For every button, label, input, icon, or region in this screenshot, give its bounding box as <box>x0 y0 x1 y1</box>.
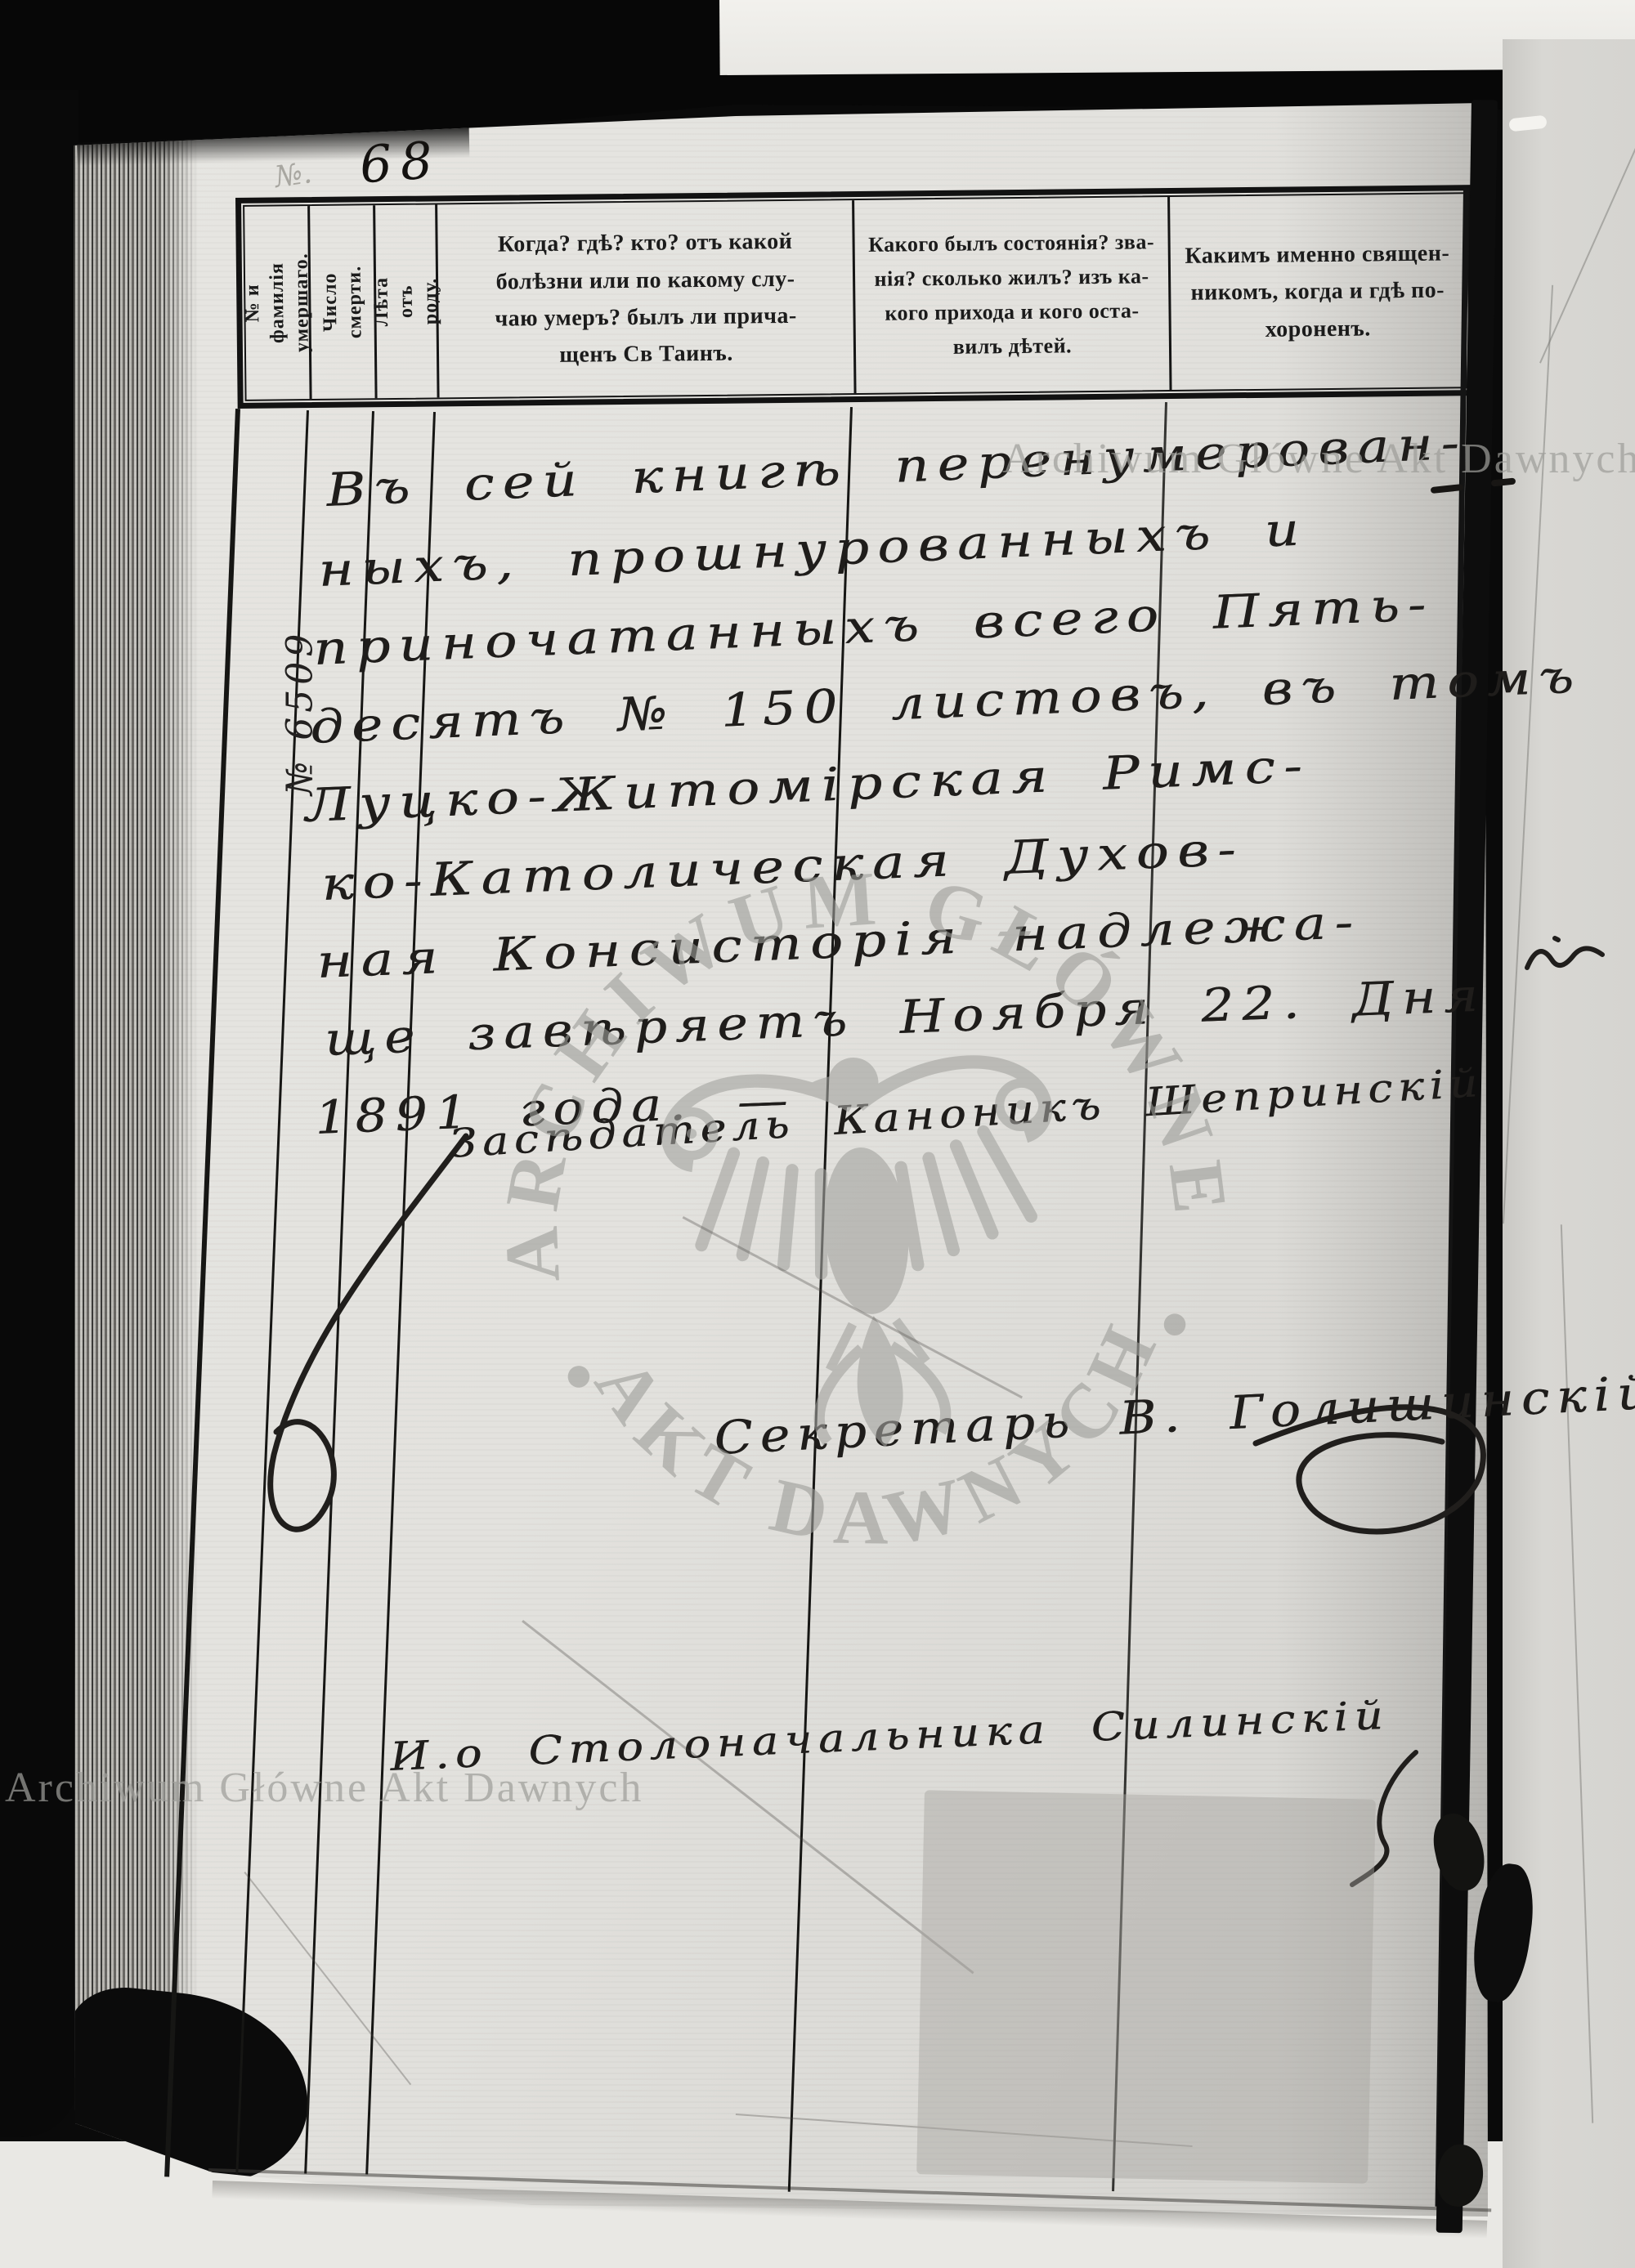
header-table: № и фамилія умершаго. Число смерти. Лѣта… <box>235 185 1475 409</box>
archive-seal-watermark: ARCHIWUM GŁÓWNE AKT DAWNYCH <box>459 827 1274 1642</box>
archive-watermark-text: Archiwum Główne Akt Dawnych <box>5 1764 643 1812</box>
ink-squiggle-margin <box>1522 932 1612 989</box>
page-number: 68 <box>358 130 443 195</box>
header-table-inner-border: № и фамилія умершаго. Число смерти. Лѣта… <box>243 192 1467 401</box>
column-label: № и фамилія умершаго. <box>240 253 314 353</box>
seal-left-dot <box>567 1365 591 1389</box>
paper-crease <box>1539 123 1635 363</box>
column-header-age: Лѣта отъ роду. <box>375 204 439 398</box>
scanned-register-page: ARCHIWUM GŁÓWNE AKT DAWNYCH <box>0 0 1635 2268</box>
paper-patch-stain <box>916 1790 1376 2183</box>
paper-scuff <box>1508 115 1547 132</box>
signature-flourish-loop <box>1251 1389 1504 1569</box>
book-spine <box>0 90 78 2137</box>
paper-crease <box>1561 1224 1593 2123</box>
paper-crease <box>1503 285 1553 1224</box>
column-label: Какимъ именно священ- никомъ, когда и гд… <box>1185 235 1450 348</box>
column-header-estate-family: Какого былъ состоянія? зва- нія? сколько… <box>854 197 1171 393</box>
column-header-number-name: № и фамилія умершаго. <box>244 206 311 400</box>
column-header-priest-burial: Какимъ именно священ- никомъ, когда и гд… <box>1170 194 1465 390</box>
adjacent-sheet-top-edge <box>719 0 1635 75</box>
column-header-death-date: Число смерти. <box>310 205 377 399</box>
column-label: Лѣта отъ роду. <box>369 271 443 332</box>
column-label: Когда? гдѣ? кто? отъ какой болѣзни или п… <box>494 223 797 374</box>
archive-watermark-text: Archiwum Główne Akt Dawnych <box>1002 435 1635 483</box>
eagle-emblem <box>662 1041 1073 1464</box>
page-number-prefix: №. <box>272 156 314 195</box>
column-header-circumstances: Когда? гдѣ? кто? отъ какой болѣзни или п… <box>437 200 856 397</box>
column-label: Какого былъ состоянія? зва- нія? сколько… <box>868 225 1156 365</box>
column-label: Число смерти. <box>317 266 367 339</box>
seal-right-dot <box>1163 1313 1187 1336</box>
